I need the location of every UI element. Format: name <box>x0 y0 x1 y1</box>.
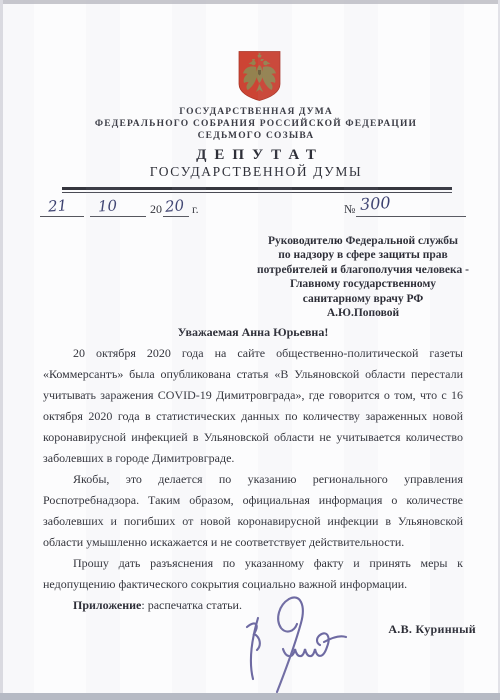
addressee-line: Главному государственному <box>238 277 488 291</box>
doc-number-line <box>356 215 466 217</box>
date-year-prefix: 20 <box>150 202 162 217</box>
addressee-line: А.Ю.Поповой <box>238 306 488 320</box>
addressee-line: Руководителю Федеральной службы <box>238 234 488 248</box>
doc-number-label: № <box>344 202 355 217</box>
date-month-line <box>90 215 146 217</box>
addressee-block: Руководителю Федеральной службы по надзо… <box>238 234 488 320</box>
scanned-letter-page: ГОСУДАРСТВЕННАЯ ДУМА ФЕДЕРАЛЬНОГО СОБРАН… <box>0 0 500 700</box>
header-divider <box>62 187 452 193</box>
date-year-value: 20 <box>164 196 185 216</box>
date-year-line <box>163 215 189 217</box>
date-month-value: 10 <box>98 197 118 216</box>
body-paragraph: Прошу дать разъяснения по указанному фак… <box>43 553 463 595</box>
doc-number-value: 300 <box>359 193 391 214</box>
date-year-suffix: г. <box>192 202 199 217</box>
coat-of-arms-icon <box>238 50 281 102</box>
letter-body: Уважаемая Анна Юрьевна! 20 октября 2020 … <box>43 322 463 616</box>
scan-top-edge <box>0 0 500 4</box>
body-paragraph: 20 октября 2020 года на сайте общественн… <box>43 343 463 469</box>
date-day-line <box>40 215 84 217</box>
org-name-line3: СЕДЬМОГО СОЗЫВА <box>12 130 500 142</box>
date-day-value: 21 <box>47 196 67 215</box>
org-name-line1: ГОСУДАРСТВЕННАЯ ДУМА <box>12 106 500 118</box>
letterhead: ГОСУДАРСТВЕННАЯ ДУМА ФЕДЕРАЛЬНОГО СОБРАН… <box>0 106 500 179</box>
salutation: Уважаемая Анна Юрьевна! <box>43 322 463 343</box>
signature-icon <box>232 593 367 698</box>
body-paragraph: Якобы, это делается по указанию регионал… <box>43 469 463 553</box>
attachment-label: Приложение <box>73 598 141 612</box>
addressee-line: потребителей и благополучия человека - <box>238 263 488 277</box>
scan-left-edge <box>0 0 3 700</box>
attachment-text: : распечатка статьи. <box>141 598 242 612</box>
deputy-subtitle: ГОСУДАРСТВЕННОЙ ДУМЫ <box>12 164 500 179</box>
deputy-title: ДЕПУТАТ <box>12 147 500 164</box>
addressee-line: по надзору в сфере защиты прав <box>238 248 488 262</box>
addressee-line: санитарному врачу РФ <box>238 292 488 306</box>
signer-name: А.В. Куринный <box>388 622 476 637</box>
scan-bottom-edge <box>0 693 500 700</box>
org-name-line2: ФЕДЕРАЛЬНОГО СОБРАНИЯ РОССИЙСКОЙ ФЕДЕРАЦ… <box>12 118 500 130</box>
